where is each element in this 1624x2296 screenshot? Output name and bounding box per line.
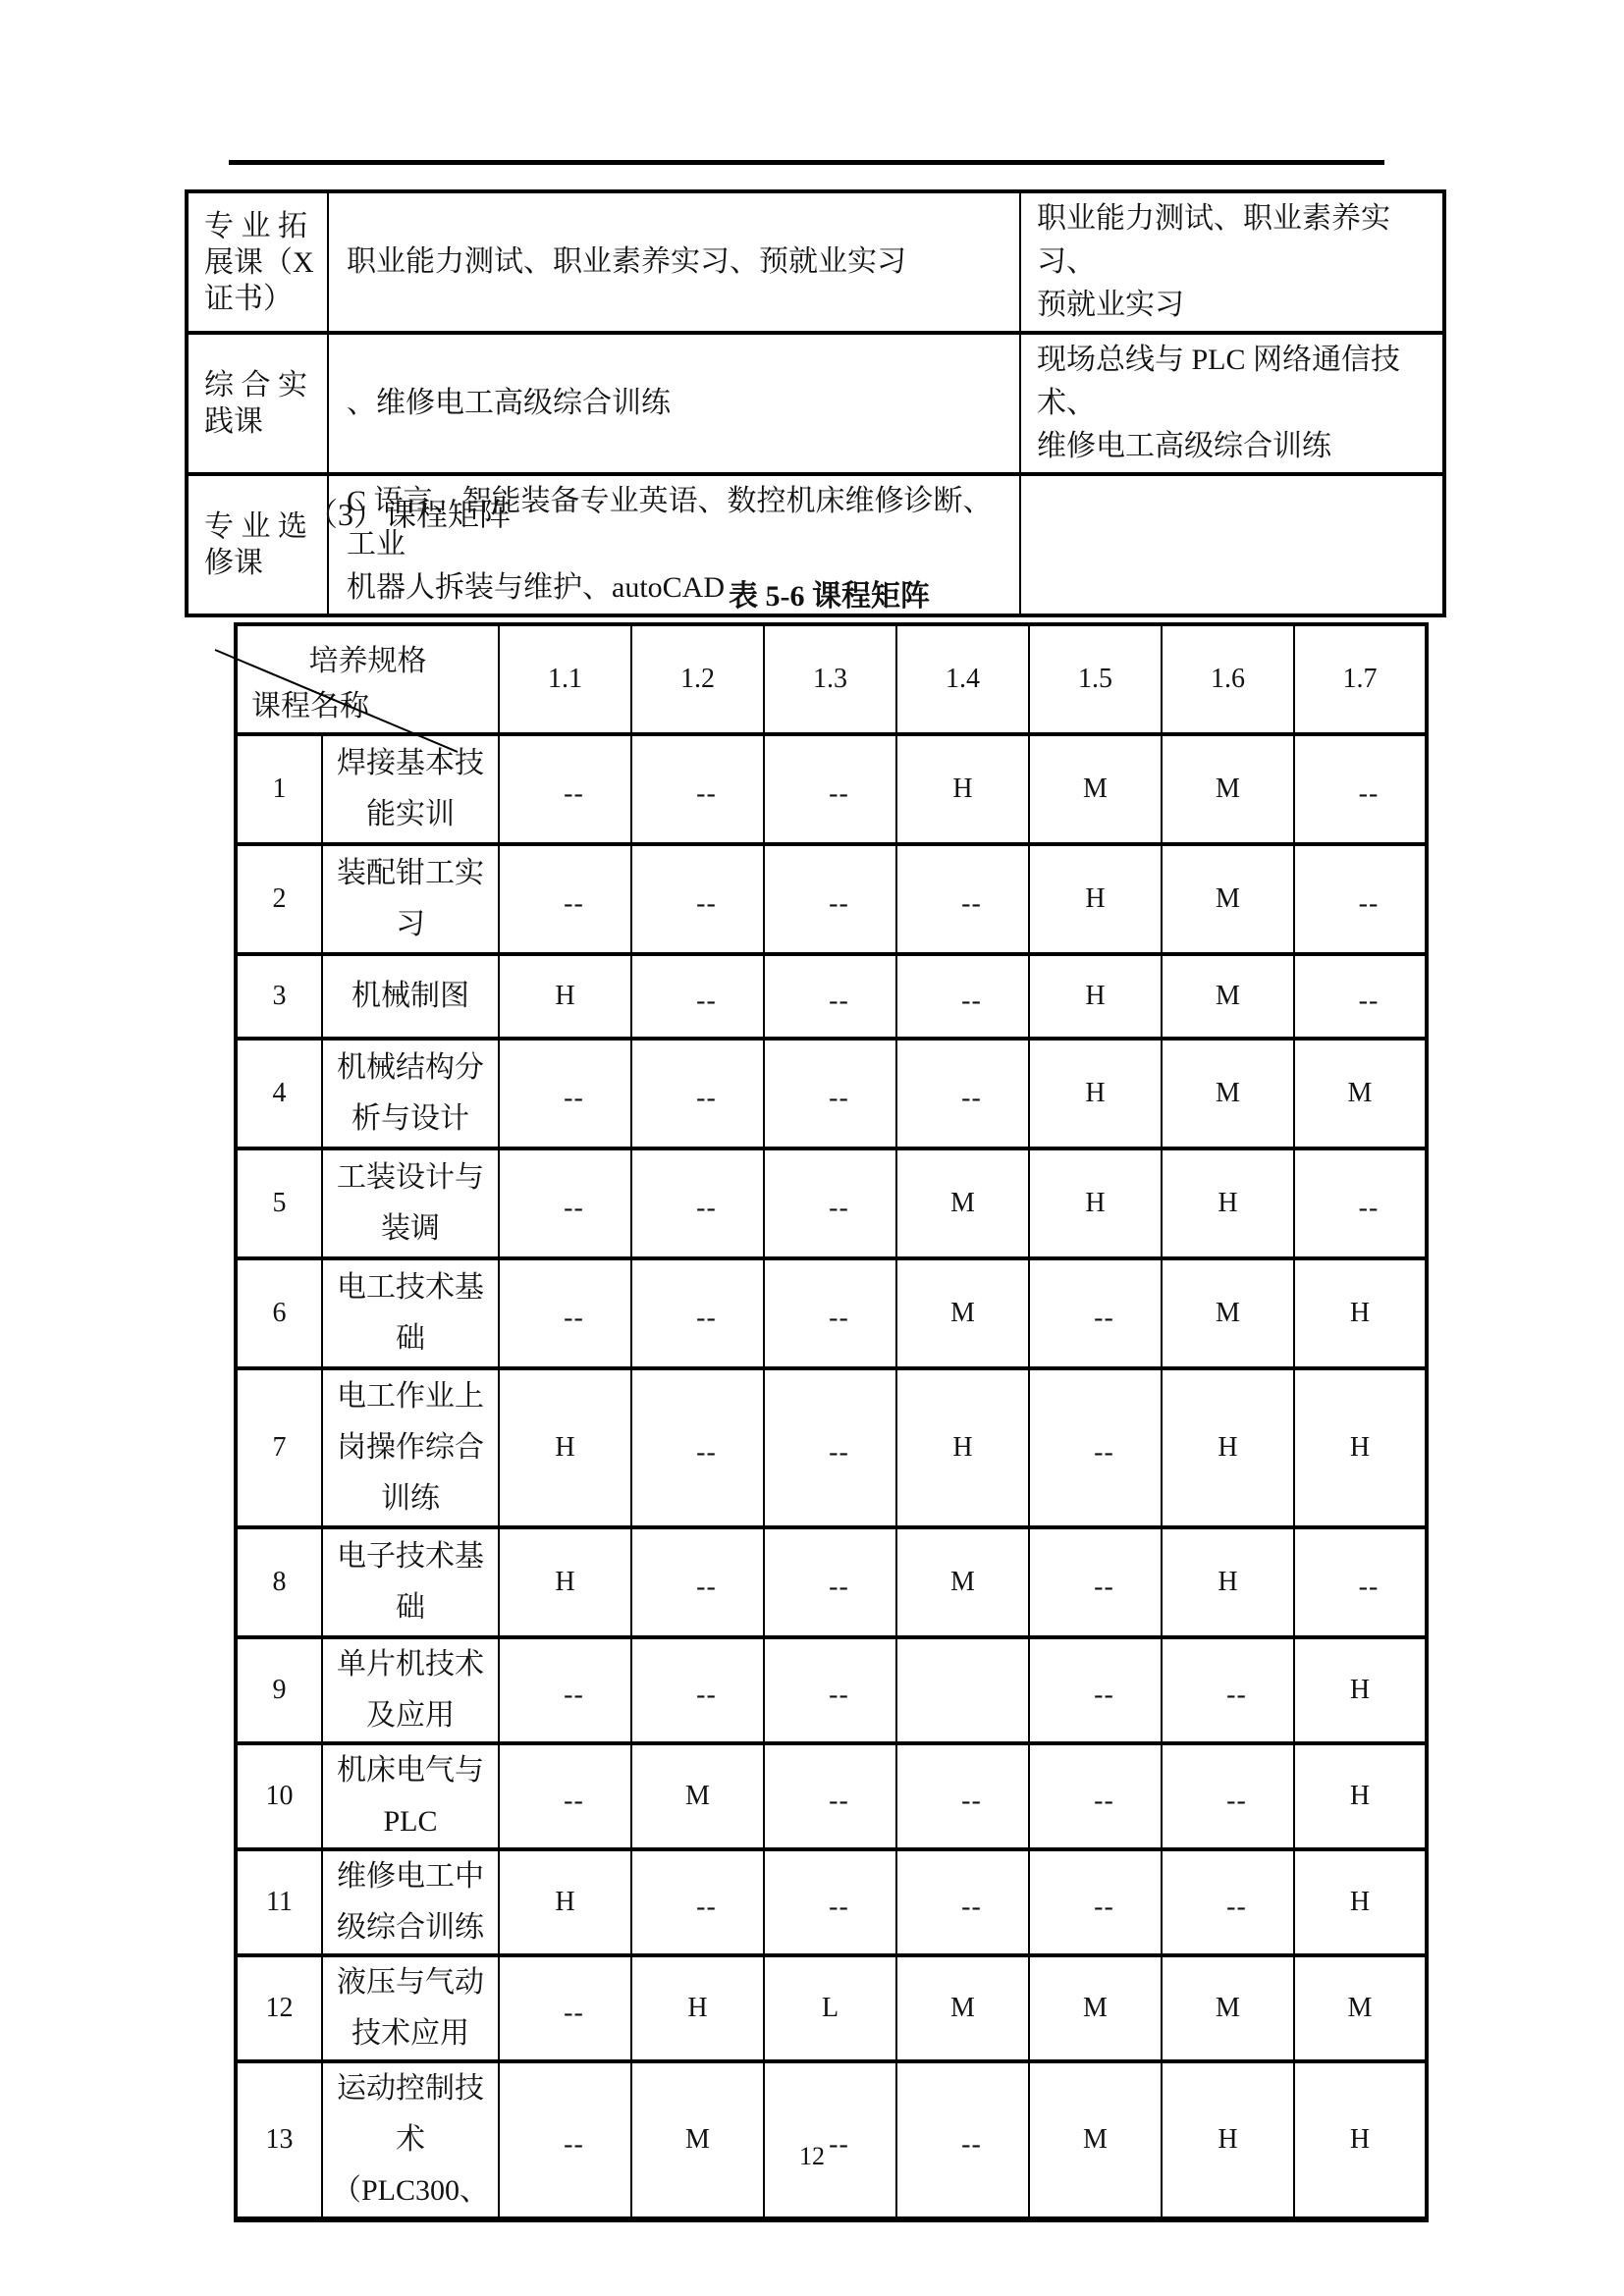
matrix-row: 2装配钳工实 习--------HM--	[236, 844, 1427, 954]
matrix-value-cell: --	[499, 844, 631, 954]
matrix-value-cell: --	[1029, 1637, 1162, 1743]
course-category-table: 专 业 拓 展课（X 证书）职业能力测试、职业素养实习、预就业实习职业能力测试、…	[185, 189, 1446, 617]
matrix-value: --	[1226, 1786, 1247, 1817]
course-name-cell: 机械结构分 析与设计	[322, 1039, 499, 1148]
matrix-value: H	[1218, 1188, 1237, 1218]
matrix-value-cell: --	[764, 1849, 896, 1955]
matrix-value-cell: M	[896, 1148, 1029, 1258]
matrix-value-cell: --	[499, 734, 631, 844]
matrix-value: --	[696, 1437, 717, 1468]
category-row: 专 业 拓 展课（X 证书）职业能力测试、职业素养实习、预就业实习职业能力测试、…	[187, 191, 1444, 333]
matrix-table-title: 表 5-6 课程矩阵	[234, 571, 1425, 614]
matrix-value: --	[564, 778, 584, 810]
matrix-value-cell: H	[1029, 954, 1162, 1039]
category-label-cell: 专 业 拓 展课（X 证书）	[187, 191, 328, 333]
matrix-value-cell: L	[764, 1955, 896, 2061]
matrix-header-row: 培养规格课程名称1.11.21.31.41.51.61.7	[236, 624, 1427, 734]
matrix-value: --	[696, 1892, 717, 1923]
matrix-value-cell: M	[1162, 1039, 1294, 1148]
row-number-cell: 13	[236, 2061, 322, 2219]
matrix-value: --	[696, 1680, 717, 1711]
matrix-value-cell: --	[764, 1039, 896, 1148]
matrix-value-cell: --	[631, 1039, 764, 1148]
matrix-value: M	[1083, 1993, 1108, 2023]
matrix-value: --	[564, 1303, 584, 1334]
column-header-1.6: 1.6	[1162, 624, 1294, 734]
matrix-value: --	[696, 1572, 717, 1603]
matrix-value-cell: --	[1029, 1258, 1162, 1368]
matrix-value-cell: H	[1294, 1743, 1427, 1849]
matrix-value-cell: --	[1162, 1743, 1294, 1849]
matrix-row: 3机械制图H------HM--	[236, 954, 1427, 1039]
matrix-value: H	[1085, 981, 1105, 1011]
matrix-value: --	[564, 1786, 584, 1817]
matrix-value: --	[961, 1892, 982, 1923]
matrix-value-cell: --	[1294, 1527, 1427, 1637]
matrix-value: --	[829, 888, 849, 920]
matrix-value: M	[685, 1781, 710, 1811]
column-header-1.2: 1.2	[631, 624, 764, 734]
matrix-value-cell: --	[499, 1637, 631, 1743]
column-header-1.5: 1.5	[1029, 624, 1162, 734]
matrix-value-cell: --	[499, 1258, 631, 1368]
matrix-row: 6电工技术基 础------M--MH	[236, 1258, 1427, 1368]
matrix-value-cell: --	[499, 1039, 631, 1148]
matrix-value-cell: M	[896, 1258, 1029, 1368]
matrix-value-cell: --	[764, 844, 896, 954]
matrix-value-cell: --	[499, 1955, 631, 2061]
matrix-value-cell: M	[1162, 1955, 1294, 2061]
matrix-value: M	[950, 1567, 975, 1597]
matrix-value: H	[1350, 1781, 1370, 1811]
matrix-value-cell: --	[764, 2061, 896, 2219]
matrix-value: H	[555, 981, 574, 1011]
row-number-cell: 2	[236, 844, 322, 954]
column-header-1.4: 1.4	[896, 624, 1029, 734]
matrix-value-cell: --	[896, 2061, 1029, 2219]
matrix-value-cell: H	[1294, 1258, 1427, 1368]
matrix-value: --	[829, 1303, 849, 1334]
matrix-value-cell: M	[1029, 734, 1162, 844]
matrix-value-cell: --	[1294, 954, 1427, 1039]
matrix-value-cell: M	[896, 1527, 1029, 1637]
matrix-value: H	[1350, 1675, 1370, 1705]
course-name-cell: 装配钳工实 习	[322, 844, 499, 954]
row-number-cell: 1	[236, 734, 322, 844]
course-name-cell: 单片机技术 及应用	[322, 1637, 499, 1743]
matrix-value-cell: H	[1162, 1148, 1294, 1258]
matrix-value: M	[1348, 1078, 1373, 1108]
column-header-1.1: 1.1	[499, 624, 631, 734]
matrix-value: H	[555, 1567, 574, 1597]
course-name-cell: 工装设计与 装调	[322, 1148, 499, 1258]
matrix-value-cell: M	[1029, 1955, 1162, 2061]
matrix-value-cell: --	[764, 1527, 896, 1637]
matrix-value: H	[1218, 1567, 1237, 1597]
matrix-value-cell: --	[764, 1637, 896, 1743]
matrix-value-cell: M	[1162, 844, 1294, 954]
row-number-cell: 9	[236, 1637, 322, 1743]
matrix-value: --	[1359, 1193, 1380, 1224]
matrix-value: --	[696, 778, 717, 810]
matrix-value: --	[829, 986, 849, 1017]
matrix-value-cell: --	[631, 1849, 764, 1955]
matrix-value-cell: --	[631, 954, 764, 1039]
matrix-value: --	[829, 1193, 849, 1224]
matrix-value: --	[829, 1572, 849, 1603]
matrix-value: M	[1216, 1298, 1240, 1328]
matrix-value-cell: H	[499, 954, 631, 1039]
matrix-value: --	[1094, 1572, 1114, 1603]
category-label-cell: 综 合 实 践课	[187, 333, 328, 474]
category-extra-cell: 现场总线与 PLC 网络通信技术、 维修电工高级综合训练	[1020, 333, 1444, 474]
course-name-cell: 电子技术基 础	[322, 1527, 499, 1637]
matrix-value: H	[1350, 1298, 1370, 1328]
course-name-cell: 液压与气动 技术应用	[322, 1955, 499, 2061]
matrix-value-cell: H	[896, 734, 1029, 844]
matrix-value: H	[1085, 1188, 1105, 1218]
matrix-value-cell: H	[896, 1368, 1029, 1527]
matrix-value: --	[1094, 1892, 1114, 1923]
matrix-value-cell: --	[764, 1368, 896, 1527]
matrix-row: 10机床电气与 PLC--M--------H	[236, 1743, 1427, 1849]
page-header-rule	[229, 160, 1384, 165]
matrix-row: 8电子技术基 础H----M--H--	[236, 1527, 1427, 1637]
matrix-value: L	[822, 1993, 839, 2023]
matrix-value: --	[696, 1303, 717, 1334]
matrix-corner-cell: 培养规格课程名称	[236, 624, 499, 734]
corner-bottom-label: 课程名称	[251, 681, 369, 724]
matrix-value-cell: H	[1294, 1637, 1427, 1743]
matrix-value: M	[950, 1298, 975, 1328]
matrix-value-cell: --	[764, 1258, 896, 1368]
matrix-value-cell: M	[1294, 1955, 1427, 2061]
matrix-value-cell: H	[1294, 2061, 1427, 2219]
matrix-value: H	[1085, 883, 1105, 914]
matrix-value: --	[564, 1193, 584, 1224]
matrix-row: 7电工作业上 岗操作综合 训练H----H--HH	[236, 1368, 1427, 1527]
matrix-value-cell: --	[1294, 844, 1427, 954]
matrix-value: --	[829, 1892, 849, 1923]
category-extra-cell: 职业能力测试、职业素养实习、 预就业实习	[1020, 191, 1444, 333]
matrix-value-cell: --	[896, 954, 1029, 1039]
matrix-value-cell: --	[499, 1148, 631, 1258]
matrix-value-cell: --	[631, 1368, 764, 1527]
matrix-value-cell: --	[631, 1148, 764, 1258]
matrix-value-cell: H	[499, 1368, 631, 1527]
matrix-value-cell: --	[896, 844, 1029, 954]
course-name-cell: 维修电工中 级综合训练	[322, 1849, 499, 1955]
matrix-value: H	[952, 1432, 972, 1463]
row-number-cell: 8	[236, 1527, 322, 1637]
matrix-value-cell: H	[499, 1849, 631, 1955]
matrix-row: 1焊接基本技 能实训------HMM--	[236, 734, 1427, 844]
matrix-value: --	[564, 1998, 584, 2029]
matrix-value-cell: H	[1029, 1148, 1162, 1258]
matrix-value-cell: H	[1294, 1849, 1427, 1955]
matrix-value: M	[1216, 981, 1240, 1011]
matrix-value: M	[1216, 1078, 1240, 1108]
matrix-value: H	[555, 1432, 574, 1463]
matrix-value: --	[1359, 986, 1380, 1017]
matrix-value: M	[950, 1993, 975, 2023]
matrix-row: 4机械结构分 析与设计--------HMM	[236, 1039, 1427, 1148]
matrix-value: --	[1094, 1786, 1114, 1817]
matrix-value: --	[696, 1193, 717, 1224]
matrix-value-cell: H	[1029, 1039, 1162, 1148]
matrix-value: H	[555, 1887, 574, 1917]
matrix-value: --	[829, 1680, 849, 1711]
matrix-value-cell: --	[896, 1743, 1029, 1849]
category-courses-cell: 职业能力测试、职业素养实习、预就业实习	[328, 191, 1020, 333]
matrix-value: --	[829, 1786, 849, 1817]
column-header-1.7: 1.7	[1294, 624, 1427, 734]
matrix-value-cell: M	[631, 2061, 764, 2219]
matrix-value: M	[1083, 774, 1108, 804]
matrix-value: --	[1226, 1680, 1247, 1711]
course-matrix-table: 培养规格课程名称1.11.21.31.41.51.61.7 1焊接基本技 能实训…	[234, 622, 1429, 2222]
row-number-cell: 5	[236, 1148, 322, 1258]
matrix-value-cell: --	[896, 1849, 1029, 1955]
matrix-value-cell: --	[764, 1743, 896, 1849]
matrix-value-cell: M	[1294, 1039, 1427, 1148]
matrix-value: --	[961, 1083, 982, 1114]
matrix-value: --	[1226, 1892, 1247, 1923]
matrix-value: --	[1094, 1303, 1114, 1334]
matrix-value-cell: H	[499, 1527, 631, 1637]
matrix-value: H	[952, 774, 972, 804]
matrix-row: 5工装设计与 装调------MHH--	[236, 1148, 1427, 1258]
matrix-value-cell: H	[1162, 2061, 1294, 2219]
row-number-cell: 12	[236, 1955, 322, 2061]
course-name-cell: 电工技术基 础	[322, 1258, 499, 1368]
matrix-value-cell: --	[896, 1039, 1029, 1148]
matrix-value: H	[1350, 1887, 1370, 1917]
matrix-value-cell: --	[631, 844, 764, 954]
matrix-row: 11维修电工中 级综合训练H----------H	[236, 1849, 1427, 1955]
matrix-value: --	[564, 1680, 584, 1711]
matrix-value-cell: H	[631, 1955, 764, 2061]
course-name-cell: 焊接基本技 能实训	[322, 734, 499, 844]
matrix-value-cell: --	[499, 2061, 631, 2219]
matrix-value: --	[564, 1083, 584, 1114]
document-page: 专 业 拓 展课（X 证书）职业能力测试、职业素养实习、预就业实习职业能力测试、…	[0, 0, 1624, 2296]
category-row: 综 合 实 践课、维修电工高级综合训练现场总线与 PLC 网络通信技术、 维修电…	[187, 333, 1444, 474]
course-name-cell: 机床电气与 PLC	[322, 1743, 499, 1849]
matrix-value: --	[564, 888, 584, 920]
row-number-cell: 10	[236, 1743, 322, 1849]
matrix-value: M	[1348, 1993, 1373, 2023]
matrix-value-cell: --	[1294, 1148, 1427, 1258]
matrix-value: --	[961, 1786, 982, 1817]
matrix-value: --	[961, 986, 982, 1017]
matrix-value-cell: --	[1029, 1368, 1162, 1527]
course-name-cell: 机械制图	[322, 954, 499, 1039]
matrix-value-cell: H	[1294, 1368, 1427, 1527]
course-name-cell: 运动控制技 术 （PLC300、	[322, 2061, 499, 2219]
matrix-value: --	[829, 1437, 849, 1468]
matrix-value-cell: --	[1029, 1743, 1162, 1849]
matrix-value-cell: --	[631, 734, 764, 844]
matrix-value: M	[950, 1188, 975, 1218]
matrix-value: --	[961, 888, 982, 920]
matrix-value-cell: --	[1029, 1527, 1162, 1637]
matrix-value: H	[687, 1993, 707, 2023]
column-header-1.3: 1.3	[764, 624, 896, 734]
row-number-cell: 7	[236, 1368, 322, 1527]
matrix-value-cell: H	[1029, 844, 1162, 954]
matrix-value: --	[696, 888, 717, 920]
matrix-value-cell: --	[764, 1148, 896, 1258]
matrix-value: --	[1359, 1572, 1380, 1603]
matrix-row: 9单片机技术 及应用----------H	[236, 1637, 1427, 1743]
matrix-value-cell: --	[631, 1637, 764, 1743]
course-name-cell: 电工作业上 岗操作综合 训练	[322, 1368, 499, 1527]
matrix-value-cell: --	[764, 954, 896, 1039]
matrix-value: H	[1350, 1432, 1370, 1463]
matrix-value-cell: --	[1294, 734, 1427, 844]
matrix-value-cell	[896, 1637, 1029, 1743]
matrix-value: --	[1094, 1437, 1114, 1468]
corner-top-label: 培养规格	[238, 636, 498, 679]
category-courses-cell: 、维修电工高级综合训练	[328, 333, 1020, 474]
matrix-value: --	[696, 1083, 717, 1114]
matrix-value: --	[1359, 778, 1380, 810]
matrix-value-cell: --	[499, 1743, 631, 1849]
section-heading: （3）课程矩阵	[306, 497, 511, 532]
matrix-row: 12液压与气动 技术应用--HLMMMM	[236, 1955, 1427, 2061]
matrix-value: --	[829, 778, 849, 810]
row-number-cell: 3	[236, 954, 322, 1039]
page-number: 12	[0, 2142, 1624, 2171]
matrix-value-cell: --	[631, 1258, 764, 1368]
matrix-value-cell: --	[1162, 1637, 1294, 1743]
matrix-value-cell: --	[1162, 1849, 1294, 1955]
matrix-value-cell: --	[1029, 1849, 1162, 1955]
matrix-value-cell: M	[1029, 2061, 1162, 2219]
matrix-value: --	[829, 1083, 849, 1114]
row-number-cell: 4	[236, 1039, 322, 1148]
matrix-value: M	[1216, 1993, 1240, 2023]
matrix-value-cell: H	[1162, 1527, 1294, 1637]
matrix-value: --	[696, 986, 717, 1017]
matrix-value: H	[1218, 1432, 1237, 1463]
matrix-value: --	[1359, 888, 1380, 920]
matrix-value: M	[1216, 774, 1240, 804]
matrix-value: H	[1085, 1078, 1105, 1108]
row-number-cell: 11	[236, 1849, 322, 1955]
matrix-value-cell: --	[631, 1527, 764, 1637]
matrix-value-cell: M	[1162, 954, 1294, 1039]
matrix-row: 13运动控制技 术 （PLC300、--M----MHH	[236, 2061, 1427, 2219]
matrix-value-cell: M	[1162, 734, 1294, 844]
matrix-value: --	[1094, 1680, 1114, 1711]
matrix-value-cell: H	[1162, 1368, 1294, 1527]
matrix-value: M	[1216, 883, 1240, 914]
row-number-cell: 6	[236, 1258, 322, 1368]
matrix-value-cell: M	[1162, 1258, 1294, 1368]
matrix-value-cell: --	[764, 734, 896, 844]
matrix-value-cell: M	[631, 1743, 764, 1849]
matrix-value-cell: M	[896, 1955, 1029, 2061]
